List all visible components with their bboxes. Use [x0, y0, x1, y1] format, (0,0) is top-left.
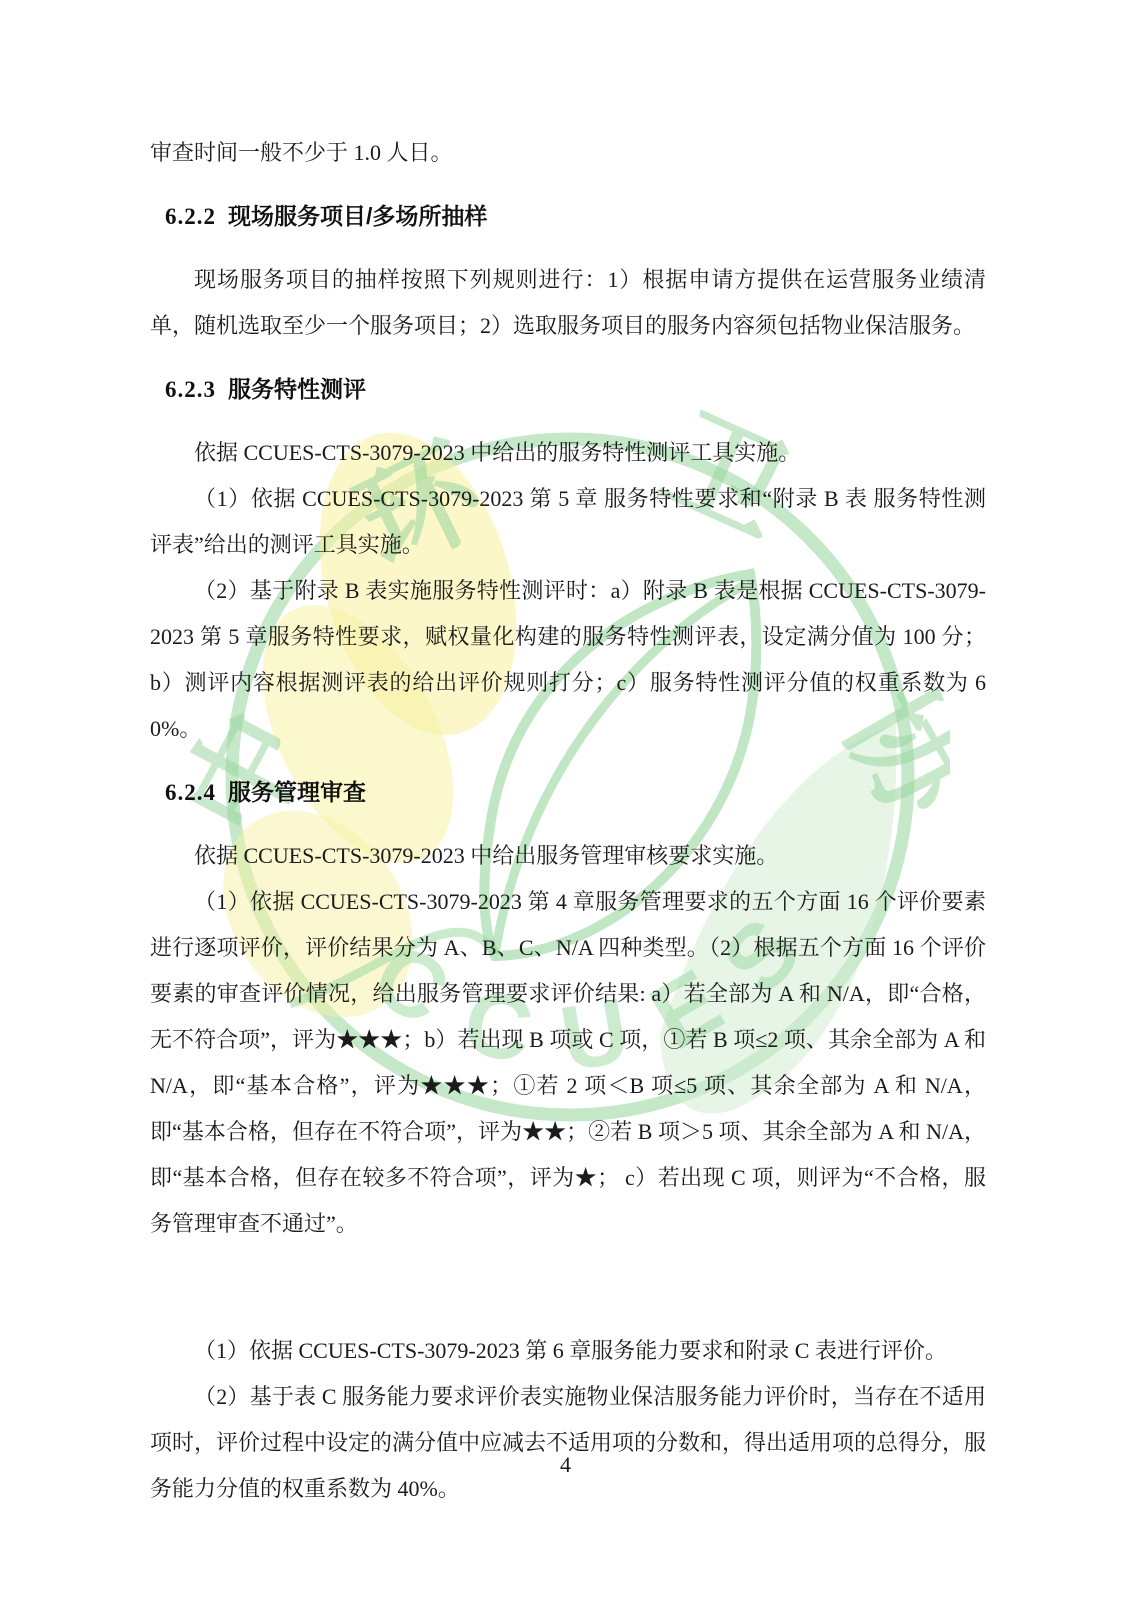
document-page: 中 环 卫 协 CCUES 审查时间一般不少于 1.0 人日。 6.2.2现场服…: [0, 0, 1131, 1600]
paragraph-characteristic-item-1: （1）依据 CCUES-CTS-3079-2023 第 5 章 服务特性要求和“…: [150, 476, 986, 568]
paragraph-management-basis: 依据 CCUES-CTS-3079-2023 中给出服务管理审核要求实施。: [150, 833, 986, 879]
heading-6-2-5: [165, 1272, 986, 1303]
heading-6-2-4: 6.2.4服务管理审查: [165, 777, 986, 808]
paragraph-management-rules: （1）依据 CCUES-CTS-3079-2023 第 4 章服务管理要求的五个…: [150, 879, 986, 1247]
paragraph-capability-basis: （1）依据 CCUES-CTS-3079-2023 第 6 章服务能力要求和附录…: [150, 1328, 986, 1374]
heading-number: 6.2.2: [165, 204, 216, 229]
heading-number: 6.2.3: [165, 377, 216, 402]
paragraph-capability-item-1: （2）基于表 C 服务能力要求评价表实施物业保洁服务能力评价时，当存在不适用项时…: [150, 1374, 986, 1512]
heading-number: 6.2.4: [165, 780, 216, 805]
paragraph-sampling-rules: 现场服务项目的抽样按照下列规则进行：1）根据申请方提供在运营服务业绩清单，随机选…: [150, 257, 986, 349]
page-number: 4: [0, 1452, 1131, 1478]
document-content: 审查时间一般不少于 1.0 人日。 6.2.2现场服务项目/多场所抽样 现场服务…: [150, 130, 986, 1512]
paragraph-characteristic-item-2: （2）基于附录 B 表实施服务特性测评时：a）附录 B 表是根据 CCUES-C…: [150, 568, 986, 752]
heading-title: 服务特性测评: [228, 376, 366, 402]
heading-title: 现场服务项目/多场所抽样: [228, 203, 487, 229]
heading-6-2-2: 6.2.2现场服务项目/多场所抽样: [165, 201, 986, 232]
paragraph-characteristic-basis: 依据 CCUES-CTS-3079-2023 中给出的服务特性测评工具实施。: [150, 430, 986, 476]
heading-6-2-3: 6.2.3服务特性测评: [165, 374, 986, 405]
paragraph-review-time: 审查时间一般不少于 1.0 人日。: [150, 130, 986, 176]
heading-title: 服务管理审查: [228, 779, 366, 805]
